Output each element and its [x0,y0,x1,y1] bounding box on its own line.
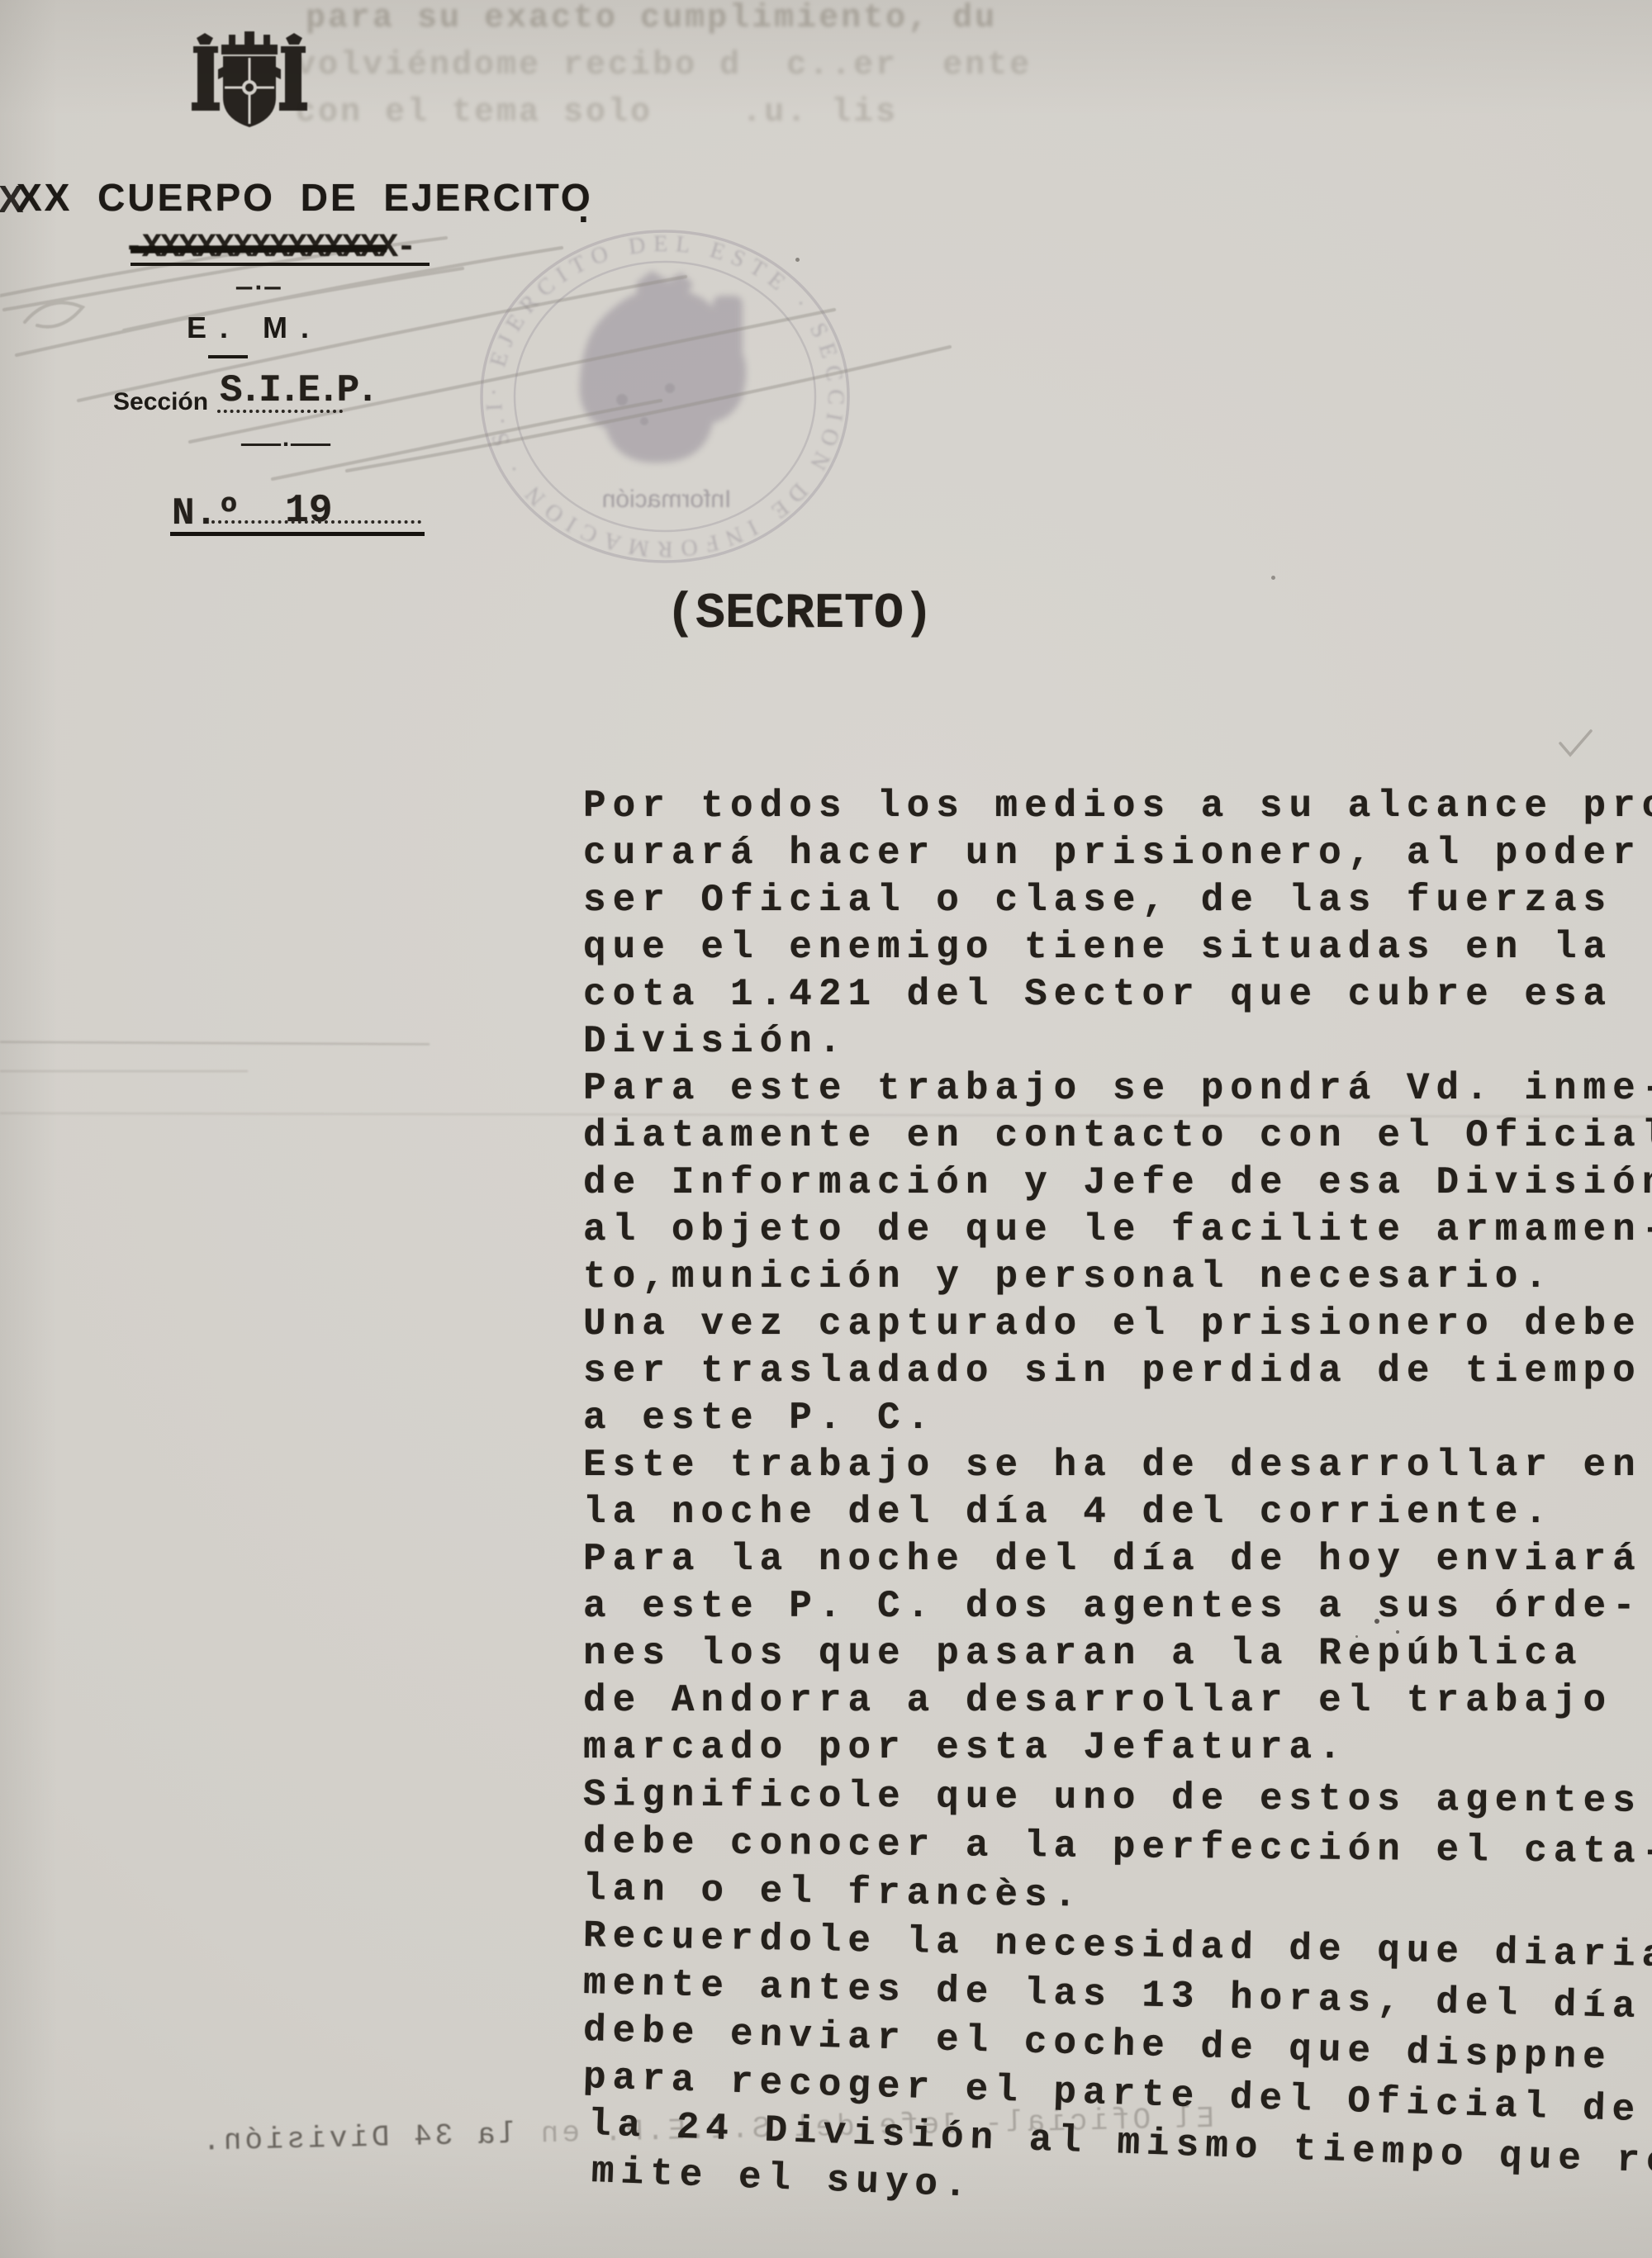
ink-speck [1271,576,1275,580]
section-label: Sección [113,388,208,416]
title-period: . [578,187,589,231]
typewritten-line: Por todos los medios a su alcance pro [583,783,1652,830]
bleed-through-line: para su exacto cumplimiento, du [306,0,997,37]
paper-crease [0,1070,248,1072]
dash-dot-divider: ———·——— [241,431,328,459]
staff-label: E. M. [187,311,322,345]
typewritten-line: to,munición y personal necesario. [583,1254,1652,1301]
number-label: N.º [172,492,240,535]
bleed-through-line: volviéndome recibo d c..er ente [296,47,1032,84]
typewritten-line: ser trasladado sin perdida de tiempo [583,1348,1652,1395]
strike-underline [131,263,430,266]
typewritten-line: cota 1.421 del Sector que cubre esa [583,971,1652,1018]
typewritten-line: Para la noche del día de hoy enviará [583,1536,1652,1583]
typewritten-line: de Andorra a desarrollar el trabajo [583,1677,1652,1724]
typewritten-body: Por todos los medios a su alcance procur… [583,783,1652,2195]
mirrored-text-strong: la 34 División. [199,2118,517,2159]
typewritten-line: a este P. C. [583,1395,1652,1442]
typewritten-line: la noche del día 4 del corriente. [583,1489,1652,1536]
typewritten-line: ser Oficial o clase, de las fuerzas [583,877,1652,924]
typewritten-line: Significole que uno de estos agentes [583,1772,1652,1826]
section-dotted-line [217,410,343,413]
struck-out-designation: -XXXXXXXXXXXXXX- [124,230,415,267]
typewritten-line: Este trabajo se ha de desarrollar en [583,1442,1652,1489]
classification-heading: (SECRETO) [666,586,933,643]
number-underline [170,532,425,536]
paper-crease [0,1041,430,1046]
pencil-scribbles [0,231,1032,504]
typewritten-line: diatamente en contacto con el Oficial [583,1112,1652,1160]
typewritten-line: que el enemigo tiene situadas en la [583,924,1652,971]
number-dotted-line [211,520,421,524]
typewritten-line: División. [583,1018,1652,1065]
section-value: S.I.E.P. [220,369,376,412]
dash-dot-divider: —·— [236,273,279,303]
typewritten-line: marcado por esta Jefatura. [583,1724,1652,1772]
typewritten-line: de Información y Jefe de esa División [583,1160,1652,1207]
ink-speck [1396,1630,1399,1634]
number-value: 19 [285,489,333,534]
typewritten-line: nes los que pasaran a la República [583,1630,1652,1677]
coat-of-arms-icon [188,23,311,154]
ink-speck [795,258,800,262]
bleed-through-line: con el tema solo .u. lis [296,94,898,131]
army-corps-title: XX CUERPO DE EJERCITO [17,175,593,220]
ink-speck [1355,1635,1358,1638]
typewritten-line: Una vez capturado el prisionero debe [583,1301,1652,1348]
typewritten-line: curará hacer un prisionero, al poder [583,830,1652,877]
pencil-check-mark [1558,728,1594,760]
typewritten-line: a este P. C. dos agentes a sus órde- [583,1583,1652,1630]
typewritten-line: al objeto de que le facilite armamen- [583,1207,1652,1254]
scanned-military-document: para su exacto cumplimiento, du volviénd… [0,0,1652,2258]
typewritten-line: Para este trabajo se pondrá Vd. inme- [583,1065,1652,1112]
staff-underline [208,355,248,358]
ink-speck [1374,1619,1379,1624]
